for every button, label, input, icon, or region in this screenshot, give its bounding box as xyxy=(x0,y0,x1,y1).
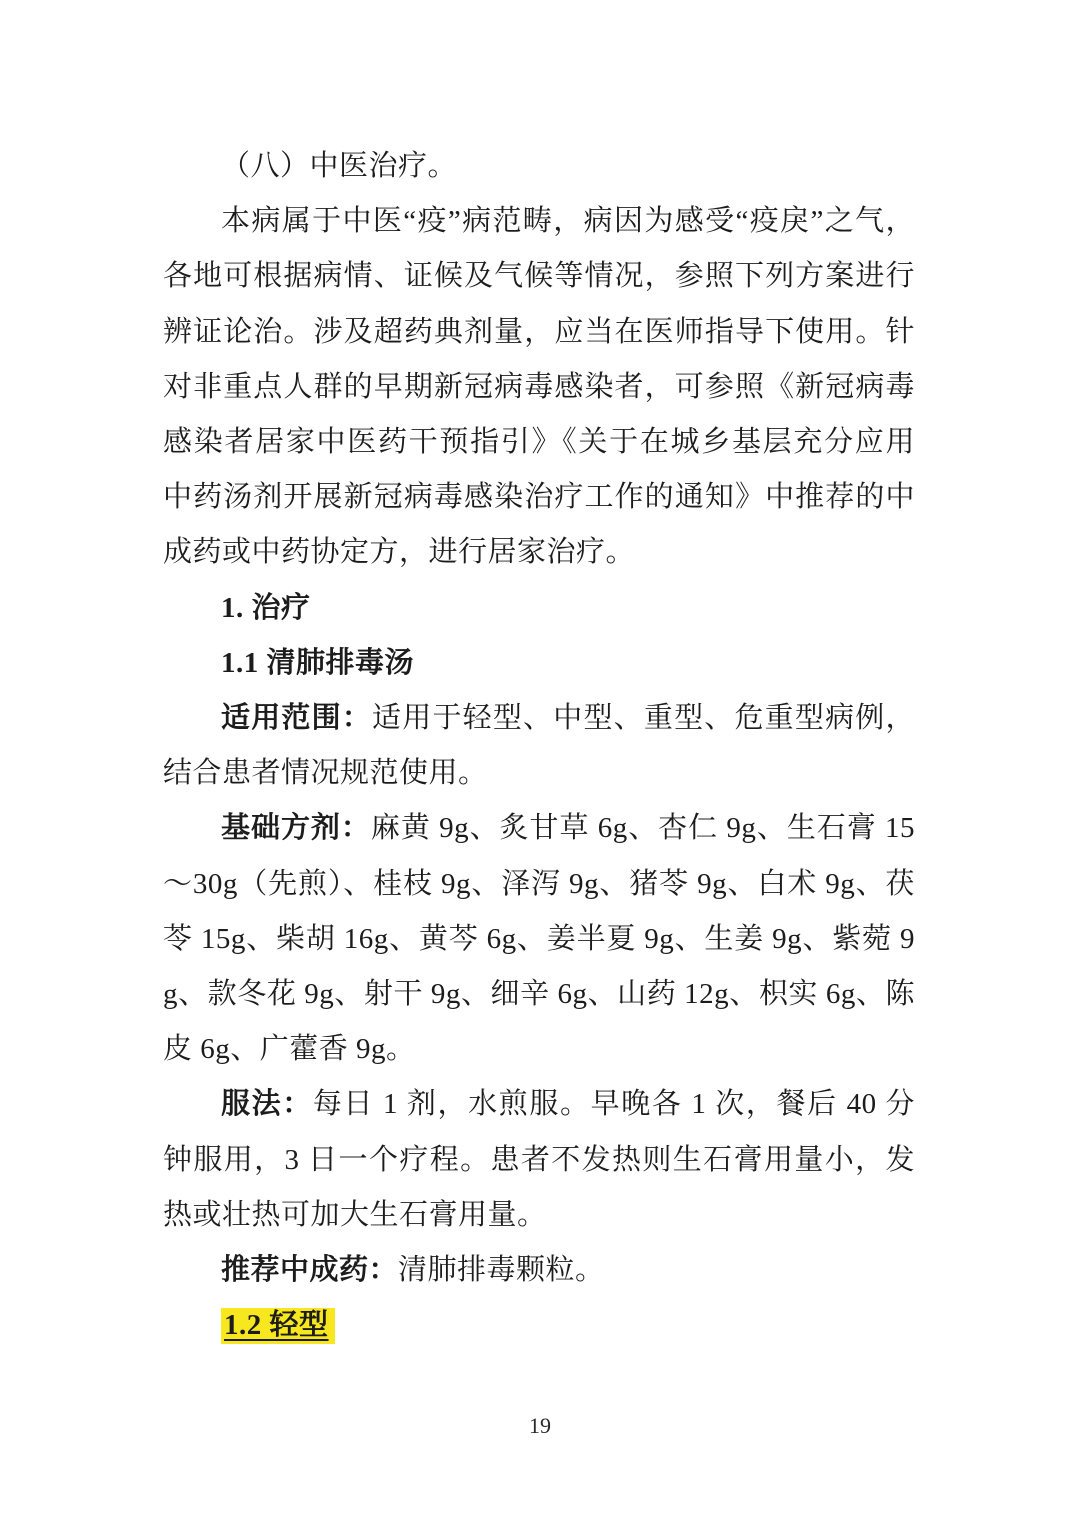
intro-paragraph: 本病属于中医“疫”病范畴，病因为感受“疫戾”之气，各地可根据病情、证候及气候等情… xyxy=(163,194,915,580)
document-text-block: （八）中医治疗。 本病属于中医“疫”病范畴，病因为感受“疫戾”之气，各地可根据病… xyxy=(163,139,915,1353)
usage-label: 服法： xyxy=(221,1088,313,1120)
patent-drug-text: 清肺排毒颗粒。 xyxy=(398,1254,605,1286)
section-heading-tcm-treatment: （八）中医治疗。 xyxy=(163,139,915,194)
formula-paragraph: 基础方剂：麻黄 9g、炙甘草 6g、杏仁 9g、生石膏 15～30g（先煎）、桂… xyxy=(163,801,915,1077)
formula-text: 麻黄 9g、炙甘草 6g、杏仁 9g、生石膏 15～30g（先煎）、桂枝 9g、… xyxy=(163,812,915,1065)
formula-label: 基础方剂： xyxy=(221,812,371,844)
usage-paragraph: 服法：每日 1 剂，水煎服。早晚各 1 次，餐后 40 分钟服用，3 日一个疗程… xyxy=(163,1077,915,1243)
page-number: 19 xyxy=(0,1412,1080,1440)
heading-treatment: 1. 治疗 xyxy=(163,581,915,636)
scope-label: 适用范围： xyxy=(221,702,372,734)
scope-paragraph: 适用范围：适用于轻型、中型、重型、危重型病例，结合患者情况规范使用。 xyxy=(163,691,915,801)
heading-1-2-highlighted: 1.2 轻型 xyxy=(221,1308,335,1344)
patent-drug-label: 推荐中成药： xyxy=(221,1254,398,1286)
patent-drug-paragraph: 推荐中成药：清肺排毒颗粒。 xyxy=(163,1243,915,1298)
heading-1-2-paragraph: 1.2 轻型 xyxy=(163,1298,915,1353)
document-page: { "colors": { "highlight": "#f7e71e", "i… xyxy=(0,0,1080,1527)
heading-1-1-qingfei-paidu-decoction: 1.1 清肺排毒汤 xyxy=(163,636,915,691)
